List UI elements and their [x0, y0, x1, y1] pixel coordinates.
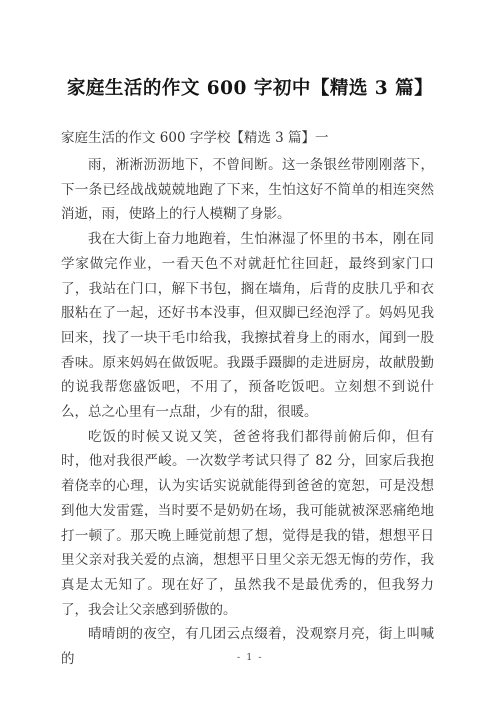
- paragraph-2: 我在大街上奋力地跑着，生怕淋湿了怀里的书本，刚在同学家做完作业，一看天色不对就赶…: [61, 227, 434, 425]
- page-number: - 1 -: [0, 652, 500, 663]
- subtitle-line: 家庭生活的作文 600 字学校【精选 3 篇】一: [61, 128, 434, 148]
- paragraph-1: 雨，淅淅沥沥地下，不曾间断。这一条银丝带刚刚落下，下一条已经战战兢兢地跑了下来，…: [61, 153, 434, 227]
- paragraph-4: 晴晴朗的夜空，有几团云点缀着，没观察月亮，街上叫喊的: [61, 622, 434, 671]
- paragraph-3: 吃饭的时候又说又笑，爸爸将我们都得前俯后仰，但有时，他对我很严峻。一次数学考试只…: [61, 425, 434, 623]
- document-title: 家庭生活的作文 600 字初中【精选 3 篇】: [0, 0, 500, 101]
- document-page: 家庭生活的作文 600 字初中【精选 3 篇】 家庭生活的作文 600 字学校【…: [0, 0, 500, 707]
- essay-body: 雨，淅淅沥沥地下，不曾间断。这一条银丝带刚刚落下，下一条已经战战兢兢地跑了下来，…: [0, 153, 500, 672]
